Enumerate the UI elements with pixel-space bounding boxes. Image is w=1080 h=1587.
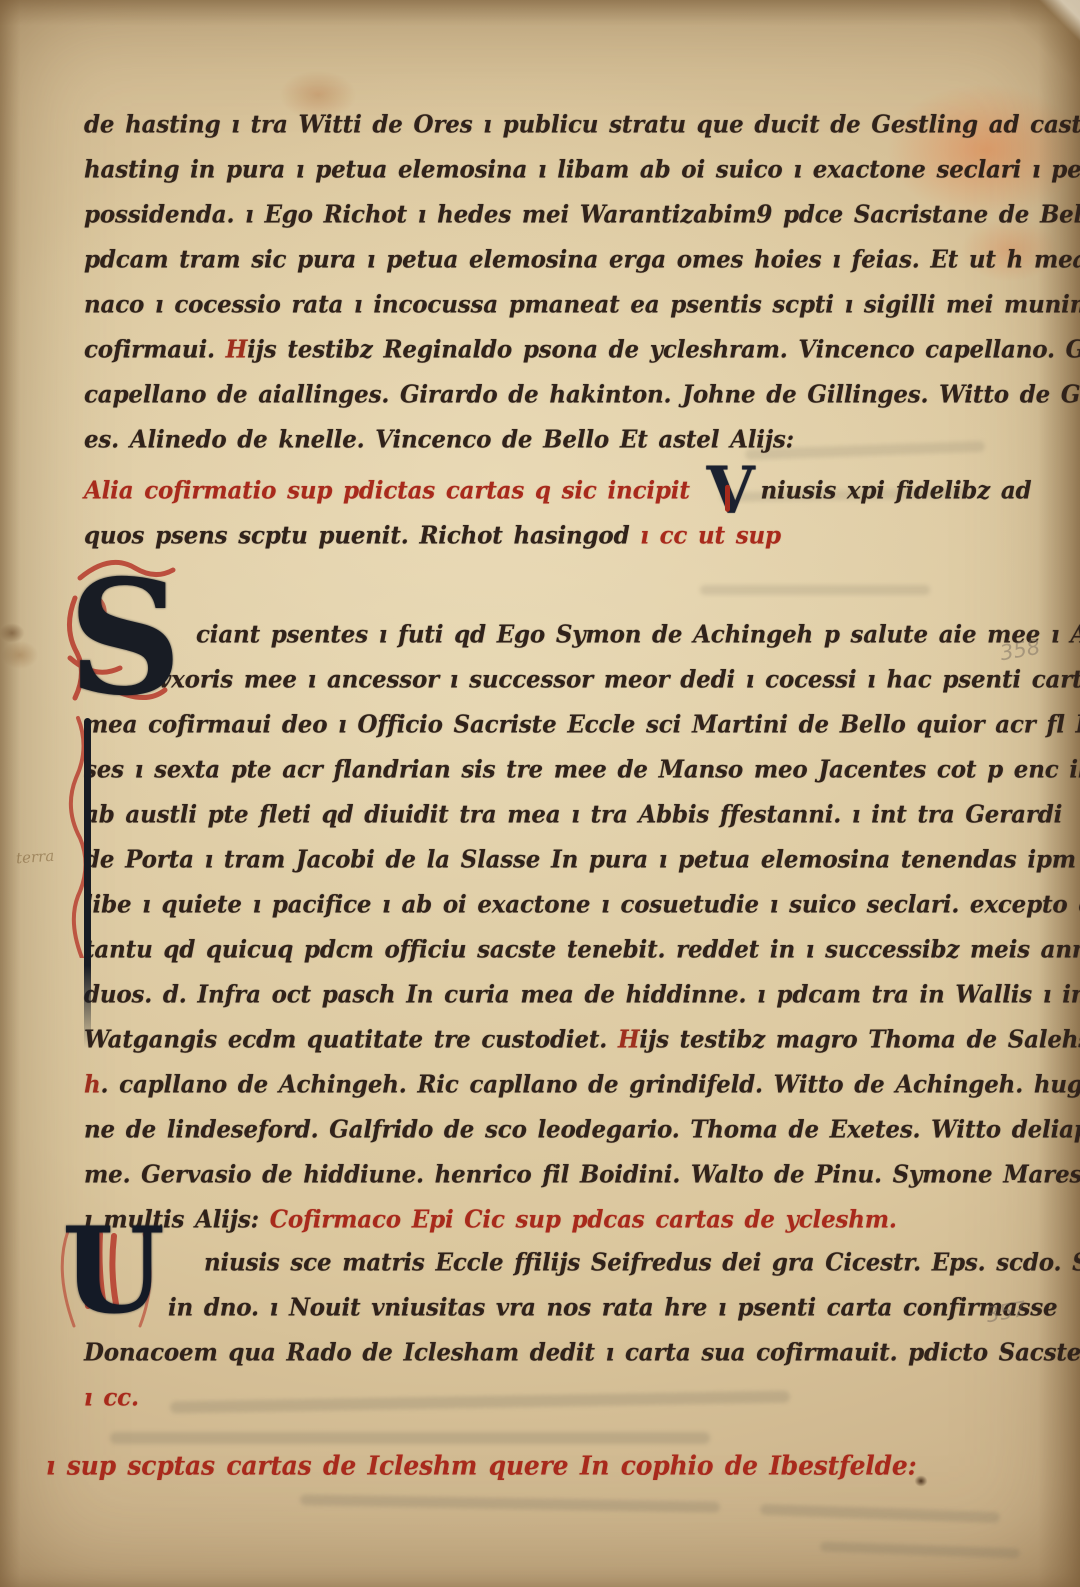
manuscript-line: possidenda. ı Ego Richot ı hedes mei War… [84,191,1034,238]
text-block-charter-1: de hasting ı tra Witti de Ores ı publicu… [84,102,1034,462]
manuscript-line: ciant psentes ı futi qd Ego Symon de Ach… [84,611,1034,658]
body-text: naco ı cocessio rata ı incocussa pmaneat… [84,290,1080,318]
initial-v-red-stroke [725,485,730,512]
manuscript-line: libe ı quiete ı pacifice ı ab oi exacton… [84,881,1034,928]
body-text: ab austli pte fleti qd diuidit tra mea ı… [84,800,1062,828]
page-edge-shading-top [0,0,1080,26]
manuscript-line: de Porta ı tram Jacobi de la Slasse In p… [84,836,1034,883]
manuscript-line: cofirmaui. Hijs testibz Reginaldo psona … [84,326,1034,373]
manuscript-line: Watgangis ecdm quatitate tre custodiet. … [84,1016,1034,1063]
body-text: hasting in pura ı petua elemosina ı liba… [84,155,1080,183]
manuscript-line: in dno. ı Nouit vniusitas vra nos rata h… [84,1284,1034,1331]
body-text: libe ı quiete ı pacifice ı ab oi exacton… [84,890,1080,918]
manuscript-line: hasting in pura ı petua elemosina ı liba… [84,146,1034,193]
manuscript-page: de hasting ı tra Witti de Ores ı publicu… [0,0,1080,1587]
body-text: Donacoem qua Rado de Iclesham dedit ı ca… [84,1338,1080,1366]
rubric-text: Cofirmaco Epi Cic sup pdcas cartas de yc… [270,1205,897,1233]
body-text: ciant psentes ı futi qd Ego Symon de Ach… [196,620,1080,648]
corner-fold-top-right [1010,0,1080,90]
manuscript-line: me. Gervasio de hiddiune. henrico fil Bo… [84,1151,1034,1198]
body-text: ijs testibz Reginaldo psona de ycleshram… [247,335,1080,363]
manuscript-line: Donacoem qua Rado de Iclesham dedit ı ca… [84,1329,1034,1376]
body-text: h [84,1070,101,1098]
body-text: in dno. ı Nouit vniusitas vra nos rata h… [168,1293,1057,1321]
decorated-initial-v: V [701,470,761,512]
bleed-through-mark [760,1504,1000,1523]
body-text: tantu qd quicuq pdcm officiu sacste tene… [84,935,1080,963]
page-edge-shading-left [0,0,20,1587]
body-text: pdcam tram sic pura ı petua elemosina er… [84,245,1080,273]
margin-note: terra [15,847,54,868]
text-block-finding-note: ı sup scptas cartas de Icleshm quere In … [46,1443,996,1488]
text-block-charter-2: ciant psentes ı futi qd Ego Symon de Ach… [84,612,1034,1242]
body-text: de hasting ı tra Witti de Ores ı publicu… [84,110,1080,138]
bleed-through-mark [820,1542,1020,1559]
manuscript-line: naco ı cocessio rata ı incocussa pmaneat… [84,281,1034,328]
manuscript-line: h. capllano de Achingeh. Ric capllano de… [84,1061,1034,1108]
body-text: Watgangis ecdm quatitate tre custodiet. [84,1025,618,1053]
initial-s-letter: S [68,560,182,718]
body-text: es. Alinedo de knelle. Vincenco de Bello… [84,425,794,453]
rubric-text: Alia cofirmatio sup pdictas cartas q sic… [84,476,701,504]
body-text: ijs testibz magro Thoma de Salehst. [639,1025,1080,1053]
body-text: vxoris mee ı ancessor ı successor meor d… [158,665,1080,693]
manuscript-line: ses ı sexta pte acr flandrian sis tre me… [84,746,1034,793]
manuscript-line: vxoris mee ı ancessor ı successor meor d… [84,656,1034,703]
manuscript-line: ne de lindeseford. Galfrido de sco leode… [84,1106,1034,1153]
body-text: . capllano de Achingeh. Ric capllano de … [101,1070,1080,1098]
body-text: de Porta ı tram Jacobi de la Slasse In p… [84,845,1076,873]
decorated-initial-u: U [48,1226,168,1356]
manuscript-line: mea cofirmaui deo ı Officio Sacriste Ecc… [84,701,1034,748]
body-text: cofirmaui. [84,335,226,363]
manuscript-line: niusis sce matris Eccle ffilijs Seifredu… [84,1239,1034,1286]
manuscript-line: ab austli pte fleti qd diuidit tra mea ı… [84,791,1034,838]
bleed-through-mark [700,585,930,595]
manuscript-line: es. Alinedo de knelle. Vincenco de Bello… [84,416,1034,463]
body-text: capellano de aiallinges. Girardo de haki… [84,380,1080,408]
body-text: possidenda. ı Ego Richot ı hedes mei War… [84,200,1080,228]
manuscript-line: duos. d. Infra oct pasch In curia mea de… [84,971,1034,1018]
body-text: H [226,335,248,363]
rubric-text: ı cc. [84,1383,139,1411]
manuscript-line: de hasting ı tra Witti de Ores ı publicu… [84,101,1034,148]
manuscript-line: capellano de aiallinges. Girardo de haki… [84,371,1034,418]
body-text: niusis sce matris Eccle ffilijs Seifredu… [204,1248,1080,1276]
manuscript-line: Alia cofirmatio sup pdictas cartas q sic… [84,467,1034,514]
manuscript-line: quos psens scptu puenit. Richot hasingod… [84,512,1034,559]
rubric-text: ı sup scptas cartas de Icleshm quere In … [46,1450,917,1480]
text-block-rubric-alia-confirmatio: Alia cofirmatio sup pdictas cartas q sic… [84,468,1034,558]
body-text: niusis xpi fidelibz ad [760,476,1031,504]
body-text: ne de lindeseford. Galfrido de sco leode… [84,1115,1080,1143]
manuscript-line: pdcam tram sic pura ı petua elemosina er… [84,236,1034,283]
initial-u-letter: U [62,1212,165,1330]
body-text: me. Gervasio de hiddiune. henrico fil Bo… [84,1160,1080,1188]
manuscript-line: tantu qd quicuq pdcm officiu sacste tene… [84,926,1034,973]
body-text: duos. d. Infra oct pasch In curia mea de… [84,980,1080,1008]
body-text: H [618,1025,640,1053]
text-block-charter-3: niusis sce matris Eccle ffilijs Seifredu… [84,1240,1034,1420]
bleed-through-mark [300,1494,720,1512]
manuscript-line: ı cc. [84,1374,1034,1421]
initial-s-descender [84,718,91,1048]
body-text: ses ı sexta pte acr flandrian sis tre me… [84,755,1080,783]
decorated-initial-s: S [50,568,180,808]
manuscript-line: ı sup scptas cartas de Icleshm quere In … [46,1442,996,1489]
body-text: mea cofirmaui deo ı Officio Sacriste Ecc… [84,710,1080,738]
rubric-text: ı cc ut sup [640,521,781,549]
manuscript-line: ı multis Alijs: Cofirmaco Epi Cic sup pd… [84,1196,1034,1243]
